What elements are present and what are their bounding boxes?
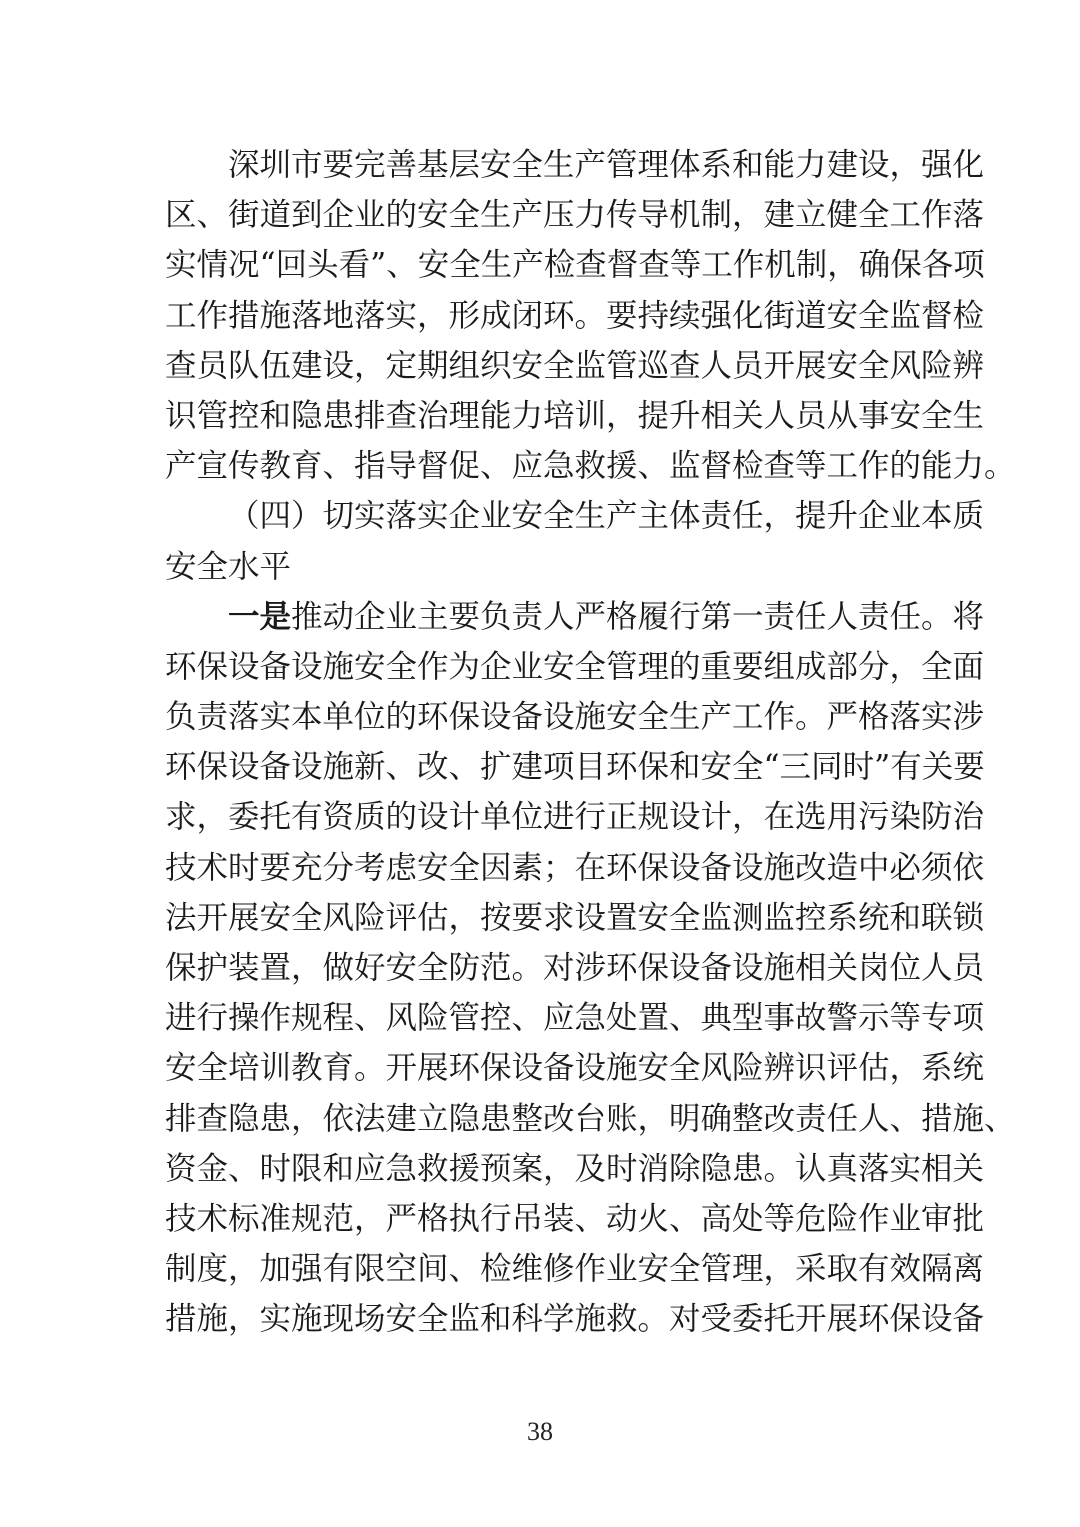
text-line: 资金、时限和应急救援预案，及时消除隐患。认真落实相关 [165, 1144, 917, 1194]
text-line: 产宣传教育、指导督促、应急救援、监督检查等工作的能力。 [165, 441, 917, 491]
text-line: 区、街道到企业的安全生产压力传导机制，建立健全工作落 [165, 190, 917, 240]
text-line-rest: 推动企业主要负责人严格履行第一责任人责任。将 [291, 599, 984, 635]
paragraph-shenzhen: 深圳市要完善基层安全生产管理体系和能力建设，强化 区、街道到企业的安全生产压力传… [165, 140, 917, 491]
text-line: 一是推动企业主要负责人严格履行第一责任人责任。将 [165, 592, 917, 642]
body-text: 深圳市要完善基层安全生产管理体系和能力建设，强化 区、街道到企业的安全生产压力传… [165, 140, 917, 1345]
text-line: 环保设备设施新、改、扩建项目环保和安全“三同时”有关要 [165, 742, 917, 792]
text-line: 求，委托有资质的设计单位进行正规设计，在选用污染防治 [165, 792, 917, 842]
text-line: 安全培训教育。开展环保设备设施安全风险辨识评估，系统 [165, 1043, 917, 1093]
text-line: 措施，实施现场安全监和科学施救。对受委托开展环保设备 [165, 1294, 917, 1344]
heading-line: （四）切实落实企业安全生产主体责任，提升企业本质 [165, 491, 917, 541]
text-line: 深圳市要完善基层安全生产管理体系和能力建设，强化 [165, 140, 917, 190]
text-line: 识管控和隐患排查治理能力培训，提升相关人员从事安全生 [165, 391, 917, 441]
text-line: 进行操作规程、风险管控、应急处置、典型事故警示等专项 [165, 993, 917, 1043]
heading-line: 安全水平 [165, 542, 917, 592]
text-line: 法开展安全风险评估，按要求设置安全监测监控系统和联锁 [165, 893, 917, 943]
text-line: 排查隐患，依法建立隐患整改台账，明确整改责任人、措施、 [165, 1094, 917, 1144]
lead-phrase: 一是 [228, 598, 291, 635]
text-line: 负责落实本单位的环保设备设施安全生产工作。严格落实涉 [165, 692, 917, 742]
text-line: 查员队伍建设，定期组织安全监管巡查人员开展安全风险辨 [165, 341, 917, 391]
document-page: 深圳市要完善基层安全生产管理体系和能力建设，强化 区、街道到企业的安全生产压力传… [0, 0, 1080, 1527]
text-line: 技术标准规范，严格执行吊装、动火、高处等危险作业审批 [165, 1194, 917, 1244]
section-heading: （四）切实落实企业安全生产主体责任，提升企业本质 安全水平 [165, 491, 917, 591]
text-line: 保护装置，做好安全防范。对涉环保设备设施相关岗位人员 [165, 943, 917, 993]
text-line: 环保设备设施安全作为企业安全管理的重要组成部分，全面 [165, 642, 917, 692]
page-number: 38 [0, 1417, 1080, 1447]
text-line: 实情况“回头看”、安全生产检查督查等工作机制，确保各项 [165, 240, 917, 290]
text-line: 制度，加强有限空间、检维修作业安全管理，采取有效隔离 [165, 1244, 917, 1294]
text-line: 技术时要充分考虑安全因素；在环保设备设施改造中必须依 [165, 843, 917, 893]
text-line: 工作措施落地落实，形成闭环。要持续强化街道安全监督检 [165, 291, 917, 341]
paragraph-first-point: 一是推动企业主要负责人严格履行第一责任人责任。将 环保设备设施安全作为企业安全管… [165, 592, 917, 1345]
